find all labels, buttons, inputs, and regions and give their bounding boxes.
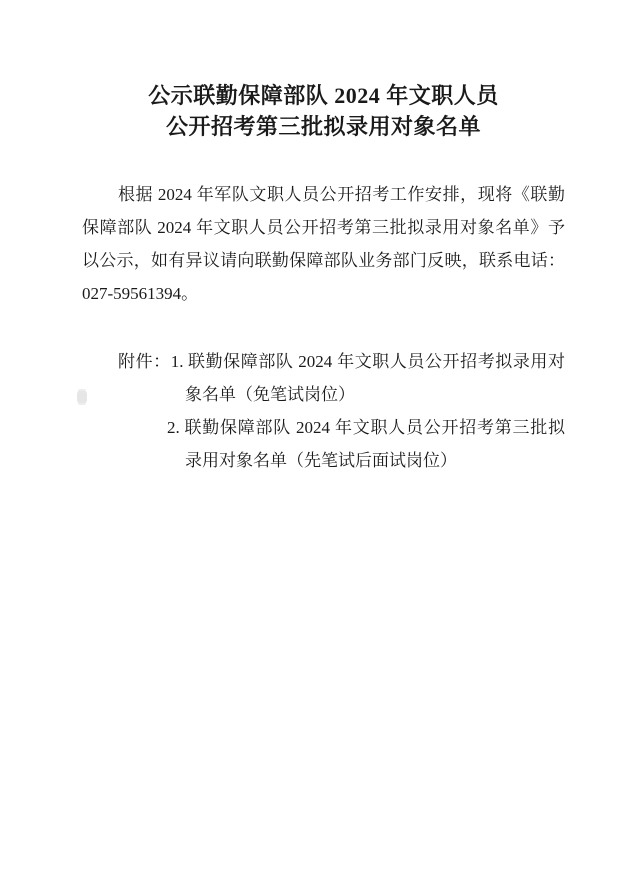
title-line-2: 公开招考第三批拟录用对象名单	[82, 111, 565, 142]
attachment-item-2-line-1: 2.联勤保障部队 2024 年文职人员公开招考第三批拟	[82, 411, 565, 444]
attachment-label: 附件：	[118, 352, 171, 371]
body-paragraph: 根据 2024 年军队文职人员公开招考工作安排，现将《联勤 保障部队 2024 …	[82, 178, 565, 310]
attachment-item-1-text: 联勤保障部队 2024 年文职人员公开招考拟录用对	[187, 352, 565, 371]
body-line-4-phone: 027-59561394。	[82, 277, 565, 310]
body-line-1: 根据 2024 年军队文职人员公开招考工作安排，现将《联勤	[82, 178, 565, 211]
document-title: 公示联勤保障部队 2024 年文职人员 公开招考第三批拟录用对象名单	[82, 0, 565, 142]
document-content: 公示联勤保障部队 2024 年文职人员 公开招考第三批拟录用对象名单 根据 20…	[82, 0, 565, 477]
attachment-item-2-number: 2.	[167, 418, 180, 437]
attachment-item-1-line-2: 象名单（免笔试岗位）	[82, 378, 565, 411]
body-line-3: 以公示，如有异议请向联勤保障部队业务部门反映，联系电话：	[82, 244, 565, 277]
attachment-item-2-line-2: 录用对象名单（先笔试后面试岗位）	[82, 444, 565, 477]
scan-artifact-mark	[77, 391, 87, 403]
body-line-2: 保障部队 2024 年文职人员公开招考第三批拟录用对象名单》予	[82, 211, 565, 244]
attachment-item-2-text: 联勤保障部队 2024 年文职人员公开招考第三批拟	[184, 418, 565, 437]
attachment-section: 附件：1.联勤保障部队 2024 年文职人员公开招考拟录用对 象名单（免笔试岗位…	[82, 345, 565, 477]
title-line-1: 公示联勤保障部队 2024 年文职人员	[82, 80, 565, 111]
document-page: 公示联勤保障部队 2024 年文职人员 公开招考第三批拟录用对象名单 根据 20…	[0, 0, 642, 876]
attachment-item-1-line-1: 附件：1.联勤保障部队 2024 年文职人员公开招考拟录用对	[82, 345, 565, 378]
attachment-item-1-number: 1.	[171, 352, 184, 371]
